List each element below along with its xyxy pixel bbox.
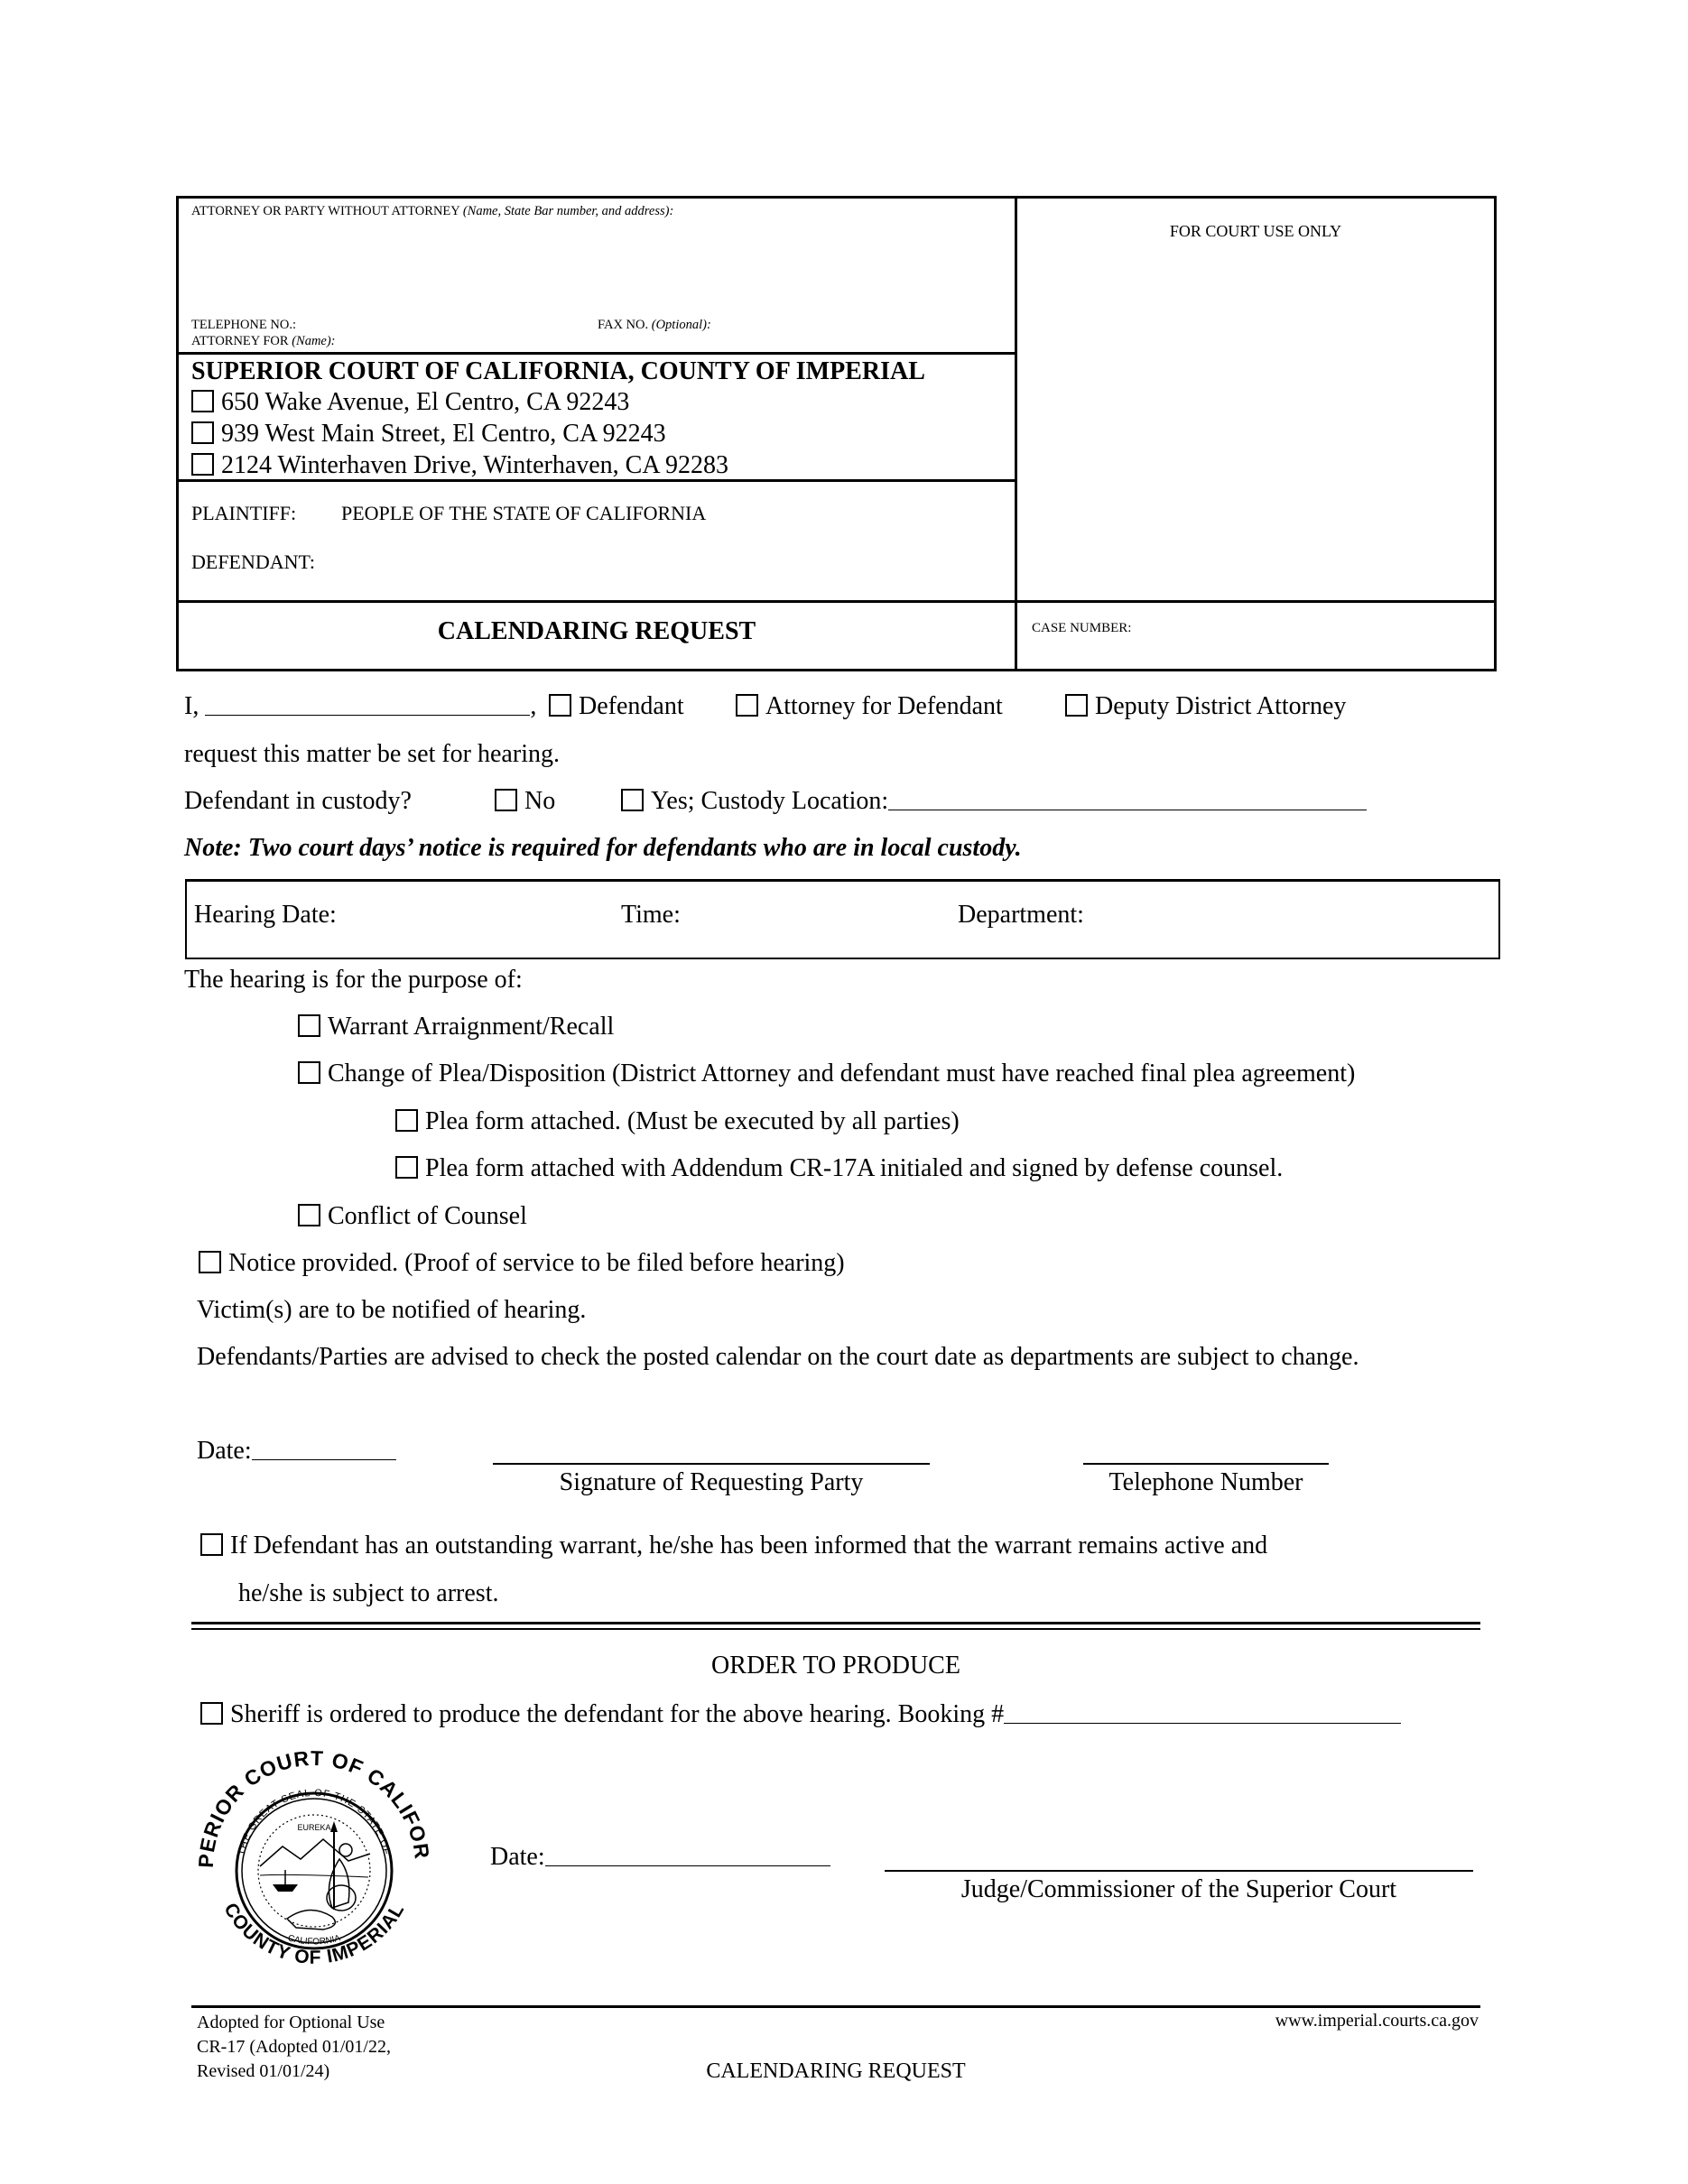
purpose-label: Change of Plea/Disposition (District Att… [328,1060,1355,1087]
judge-caption: Judge/Commissioner of the Superior Court [885,1875,1473,1904]
telephone-line[interactable] [1083,1463,1329,1465]
department-input[interactable] [1106,897,1485,930]
fax-field[interactable]: FAX NO. (Optional): [598,318,711,333]
department-label: Department: [958,901,1084,930]
request-date-field: Date: [197,1437,396,1466]
attorney-section-divider [176,352,1016,355]
svg-text:THE GREAT SEAL OF THE STATE OF: THE GREAT SEAL OF THE STATE OF [237,1788,392,1856]
warrant-label-line1: If Defendant has an outstanding warrant,… [230,1532,1267,1559]
attorney-label: ATTORNEY OR PARTY WITHOUT ATTORNEY [191,204,459,218]
location-label: 650 Wake Avenue, El Centro, CA 92243 [221,388,629,416]
hearing-time-label: Time: [621,901,681,930]
attorney-field-label: ATTORNEY OR PARTY WITHOUT ATTORNEY (Name… [191,204,673,219]
checkbox[interactable] [191,390,214,412]
custody-no-option[interactable]: No [495,787,555,816]
purpose-option-plea-addendum[interactable]: Plea form attached with Addendum CR-17A … [395,1154,1283,1183]
attorney-for-field[interactable]: ATTORNEY FOR (Name): [191,334,336,349]
location-option-1[interactable]: 650 Wake Avenue, El Centro, CA 92243 [191,388,629,417]
checkbox[interactable] [395,1109,418,1132]
order-date-field: Date: [490,1843,830,1872]
hearing-date-label: Hearing Date: [194,901,337,930]
seal-outer-top-text: SUPERIOR COURT OF CALIFORNIA [197,1749,431,1868]
location-option-3[interactable]: 2124 Winterhaven Drive, Winterhaven, CA … [191,451,728,480]
court-seal-icon: SUPERIOR COURT OF CALIFORNIA THE GREAT S… [197,1749,431,1966]
order-title: ORDER TO PRODUCE [191,1652,1480,1680]
purpose-option-warrant[interactable]: Warrant Arraignment/Recall [298,1013,614,1041]
svg-text:SUPERIOR COURT OF CALIFORNIA: SUPERIOR COURT OF CALIFORNIA [197,1749,431,1868]
role-label: Deputy District Attorney [1095,692,1346,720]
notice-provided-option[interactable]: Notice provided. (Proof of service to be… [199,1249,845,1278]
role-label: Defendant [579,692,684,720]
role-attorney-option[interactable]: Attorney for Defendant [736,692,1003,721]
seal-inner-text: THE GREAT SEAL OF THE STATE OF [237,1788,392,1856]
checkbox[interactable] [736,694,758,717]
checkbox[interactable] [191,421,214,444]
footer-rule [191,2005,1480,2008]
request-date-input[interactable] [252,1438,396,1460]
checkbox[interactable] [298,1204,320,1226]
purpose-label: Plea form attached. (Must be executed by… [425,1107,960,1135]
custody-yes-option[interactable]: Yes; Custody Location: [621,787,1367,816]
court-use-only-label: FOR COURT USE ONLY [1017,222,1494,241]
hearing-time-input[interactable] [691,897,943,930]
checkbox[interactable] [298,1014,320,1037]
calendar-advisory: Defendants/Parties are advised to check … [197,1343,1359,1372]
request-text: request this matter be set for hearing. [184,740,560,769]
location-label: 2124 Winterhaven Drive, Winterhaven, CA … [221,451,728,479]
checkbox[interactable] [200,1533,223,1556]
order-date-label: Date: [490,1843,545,1871]
checkbox[interactable] [200,1702,223,1725]
checkbox[interactable] [1065,694,1088,717]
adoption-line-1: Adopted for Optional Use [197,2011,391,2035]
warrant-acknowledgement-option[interactable]: If Defendant has an outstanding warrant,… [200,1532,1267,1560]
checkbox[interactable] [495,789,517,811]
checkbox[interactable] [621,789,644,811]
telephone-label: TELEPHONE NO.: [191,318,296,332]
warrant-label-line2: he/she is subject to arrest. [238,1579,498,1608]
signature-line[interactable] [493,1463,930,1465]
custody-question: Defendant in custody? [184,787,412,816]
custody-location-input[interactable] [888,788,1367,810]
header-box-top-border [176,196,1497,199]
form-title: CALENDARING REQUEST [179,617,1015,646]
sheriff-order-option[interactable]: Sheriff is ordered to produce the defend… [200,1700,1401,1729]
date-label: Date: [197,1437,252,1465]
requester-name-input[interactable] [205,693,530,716]
footer-title: CALENDARING REQUEST [191,2059,1480,2084]
booking-number-input[interactable] [1004,1701,1401,1724]
plaintiff-value: PEOPLE OF THE STATE OF CALIFORNIA [341,502,706,525]
comma: , [530,692,536,720]
checkbox[interactable] [395,1156,418,1179]
attorney-input-area[interactable] [191,224,1004,314]
court-website-link[interactable]: www.imperial.courts.ca.gov [1083,2011,1479,2031]
role-deputy-da-option[interactable]: Deputy District Attorney [1065,692,1346,721]
telephone-caption: Telephone Number [1071,1468,1341,1497]
location-label: 939 West Main Street, El Centro, CA 9224… [221,420,666,448]
checkbox[interactable] [191,453,214,476]
fax-hint: (Optional): [652,318,711,332]
checkbox[interactable] [199,1251,221,1273]
purpose-option-plea-form[interactable]: Plea form attached. (Must be executed by… [395,1107,960,1136]
header-box-bottom-border [176,669,1497,671]
order-date-input[interactable] [545,1844,830,1866]
victims-note: Victim(s) are to be notified of hearing. [197,1296,586,1325]
custody-no-label: No [524,787,555,815]
telephone-field[interactable]: TELEPHONE NO.: [191,318,296,333]
order-divider-top [191,1622,1480,1624]
order-divider-bottom [191,1628,1480,1630]
purpose-label: Plea form attached with Addendum CR-17A … [425,1154,1283,1182]
role-defendant-option[interactable]: Defendant [549,692,684,721]
case-number-label: CASE NUMBER: [1032,621,1131,636]
adoption-line-2: CR-17 (Adopted 01/01/22, [197,2035,391,2059]
purpose-label: Warrant Arraignment/Recall [328,1013,614,1041]
signature-caption: Signature of Requesting Party [493,1468,930,1497]
custody-yes-label: Yes; Custody Location: [651,787,888,815]
title-row-divider [176,600,1497,603]
checkbox[interactable] [298,1061,320,1084]
court-name: SUPERIOR COURT OF CALIFORNIA, COUNTY OF … [191,357,925,386]
attorney-for-label: ATTORNEY FOR [191,334,289,348]
case-number-input[interactable] [1155,614,1480,650]
hearing-date-input[interactable] [348,897,600,930]
fax-label: FAX NO. [598,318,648,332]
purpose-option-conflict[interactable]: Conflict of Counsel [298,1202,527,1231]
i-label: I, [184,692,199,720]
requester-line: I, , [184,692,536,721]
purpose-label: Conflict of Counsel [328,1202,527,1230]
notice-provided-label: Notice provided. (Proof of service to be… [228,1249,845,1277]
judge-signature-line[interactable] [885,1870,1473,1872]
defendant-input[interactable] [336,547,1004,574]
checkbox[interactable] [549,694,571,717]
location-option-2[interactable]: 939 West Main Street, El Centro, CA 9224… [191,420,666,449]
defendant-label: DEFENDANT: [191,551,315,574]
seal-motto: EUREKA [297,1823,330,1832]
purpose-intro: The hearing is for the purpose of: [184,966,523,995]
attorney-hint: (Name, State Bar number, and address): [463,204,673,218]
plaintiff-label: PLAINTIFF: [191,502,296,525]
purpose-option-change-of-plea[interactable]: Change of Plea/Disposition (District Att… [298,1060,1355,1088]
custody-note: Note: Two court days’ notice is required… [184,834,1022,863]
attorney-for-hint: (Name): [292,334,335,348]
role-label: Attorney for Defendant [765,692,1003,720]
sheriff-order-label: Sheriff is ordered to produce the defend… [230,1700,1004,1728]
